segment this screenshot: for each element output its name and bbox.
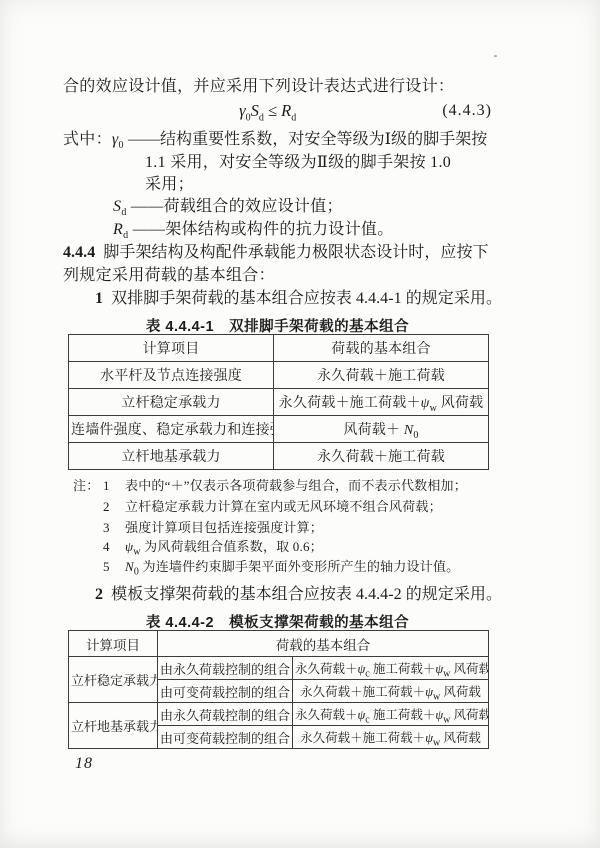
table-row: 立杆稳定承载力 由永久荷载控制的组合 永久荷载＋ψc 施工荷载＋ψw 风荷载 [69, 657, 489, 680]
table-4-4-4-2: 计算项目 荷载的基本组合 立杆稳定承载力 由永久荷载控制的组合 永久荷载＋ψc … [68, 630, 489, 749]
formula-expression: γ0Sd ≤ Rd [63, 101, 442, 121]
where-line-3: 采用； [145, 174, 194, 195]
where-line-2: 1.1 采用，对安全等级为Ⅱ级的脚手架按 1.0 [145, 152, 451, 173]
note-2: 2 立杆稳定承载力计算在室内或无风环境不组合风荷载； [73, 498, 503, 515]
table-row: 水平杆及节点连接强度 永久荷载＋施工荷载 [69, 362, 489, 389]
table-row: 计算项目 荷载的基本组合 [69, 631, 489, 657]
table-cell-combo: 永久荷载＋施工荷载＋ψw 风荷载 [293, 726, 489, 749]
table-1-caption: 表 4.4.4-1 双排脚手架荷载的基本组合 [63, 315, 492, 336]
item-number: 2 [95, 586, 103, 603]
col-header-combo: 荷载的基本组合 [274, 335, 489, 362]
table-cell-control: 由可变荷载控制的组合 [158, 726, 293, 749]
leq-operator: ≤ [264, 101, 281, 120]
item-number: 1 [95, 290, 103, 307]
rd-symbol: R [113, 221, 123, 238]
section-4-4-4-line-1: 4.4.4 脚手架结构及构配件承载能力极限状态设计时，应按下 [63, 242, 489, 263]
notes-label: 注： [73, 477, 103, 494]
n0-symbol: N [404, 423, 414, 438]
sd-symbol: S [251, 101, 259, 120]
note-5-text: N0 为连墙件约束脚手架平面外变形所产生的轴力设计值。 [125, 558, 459, 575]
note-4-text: ψw 为风荷载组合值系数，取 0.6； [125, 538, 323, 555]
n0-symbol: N [125, 559, 134, 574]
table-cell-combo: 永久荷载＋施工荷载＋ψw 风荷载 [274, 389, 489, 416]
table-cell-item: 立杆稳定承载力 [69, 389, 274, 416]
col-header-item: 计算项目 [69, 335, 274, 362]
col-header-item: 计算项目 [69, 631, 158, 657]
where-sd-line: Sd ——荷载组合的效应设计值； [113, 196, 343, 217]
equation-number: (4.4.3) [442, 102, 492, 120]
table-2-caption: 表 4.4.4-2 模板支撑架荷载的基本组合 [63, 611, 492, 632]
psi-symbol: ψ [425, 685, 433, 699]
design-formula-row: γ0Sd ≤ Rd (4.4.3) [63, 101, 492, 121]
table-cell-control: 由永久荷载控制的组合 [158, 657, 293, 680]
intro-text: 合的效应设计值，并应采用下列设计表达式进行设计： [63, 78, 454, 95]
section-4-4-4-line-2: 列规定采用荷载的基本组合： [63, 265, 275, 286]
note-4: 4 ψw 为风荷载组合值系数，取 0.6； [73, 538, 503, 555]
note-3: 3 强度计算项目包括连接强度计算； [73, 519, 503, 536]
intro-paragraph: 合的效应设计值，并应采用下列设计表达式进行设计： [63, 76, 454, 97]
table-cell-item: 连墙件强度、稳定承载力和连接强度 [69, 416, 274, 443]
note-1: 注： 1 表中的“＋”仅表示各项荷载参与组合，而不表示代数相加； [73, 477, 503, 494]
table-row: 计算项目 荷载的基本组合 [69, 335, 489, 362]
psi-symbol: ψ [435, 662, 443, 676]
table-cell-control: 由永久荷载控制的组合 [158, 703, 293, 726]
list-item-1: 1 双排脚手架荷载的基本组合应按表 4.4.4-1 的规定采用。 [95, 288, 502, 309]
table-cell-combo: 永久荷载＋ψc 施工荷载＋ψw 风荷载 [293, 657, 489, 680]
section-number: 4.4.4 [63, 244, 95, 261]
note-5: 5 N0 为连墙件约束脚手架平面外变形所产生的轴力设计值。 [73, 558, 503, 575]
table-cell-item: 立杆地基承载力 [69, 443, 274, 470]
page-number: 18 [75, 755, 93, 773]
table-cell-item: 水平杆及节点连接强度 [69, 362, 274, 389]
gamma-symbol: γ [112, 131, 119, 148]
table-row: 立杆地基承载力 由永久荷载控制的组合 永久荷载＋ψc 施工荷载＋ψw 风荷载 [69, 703, 489, 726]
col-header-combo: 荷载的基本组合 [158, 631, 489, 657]
scan-speck [494, 55, 497, 57]
table-cell-item: 立杆稳定承载力 [69, 657, 158, 703]
table-cell-combo: 永久荷载＋施工荷载 [274, 443, 489, 470]
psi-symbol: ψ [421, 396, 430, 411]
where-line-1: 式中：γ0 ——结构重要性系数，对安全等级为Ⅰ级的脚手架按 [63, 129, 487, 150]
table-cell-combo: 永久荷载＋施工荷载 [274, 362, 489, 389]
psi-symbol: ψ [425, 731, 433, 745]
table-cell-combo: 风荷载＋ N0 [274, 416, 489, 443]
scan-speck [248, 489, 250, 491]
where-rd-line: Rd ——架体结构或构件的抗力设计值。 [113, 219, 394, 240]
table-row: 立杆稳定承载力 永久荷载＋施工荷载＋ψw 风荷载 [69, 389, 489, 416]
rd-symbol: R [281, 101, 291, 120]
table-row: 连墙件强度、稳定承载力和连接强度 风荷载＋ N0 [69, 416, 489, 443]
table-cell-control: 由可变荷载控制的组合 [158, 680, 293, 703]
table-4-4-4-1: 计算项目 荷载的基本组合 水平杆及节点连接强度 永久荷载＋施工荷载 立杆稳定承载… [68, 334, 489, 470]
document-page: 合的效应设计值，并应采用下列设计表达式进行设计： γ0Sd ≤ Rd (4.4.… [0, 0, 600, 848]
table-cell-combo: 永久荷载＋ψc 施工荷载＋ψw 风荷载 [293, 703, 489, 726]
psi-symbol: ψ [435, 708, 443, 722]
table-row: 立杆地基承载力 永久荷载＋施工荷载 [69, 443, 489, 470]
list-item-2: 2 模板支撑架荷载的基本组合应按表 4.4.4-2 的规定采用。 [95, 584, 502, 605]
table-cell-combo: 永久荷载＋施工荷载＋ψw 风荷载 [293, 680, 489, 703]
table-cell-item: 立杆地基承载力 [69, 703, 158, 749]
